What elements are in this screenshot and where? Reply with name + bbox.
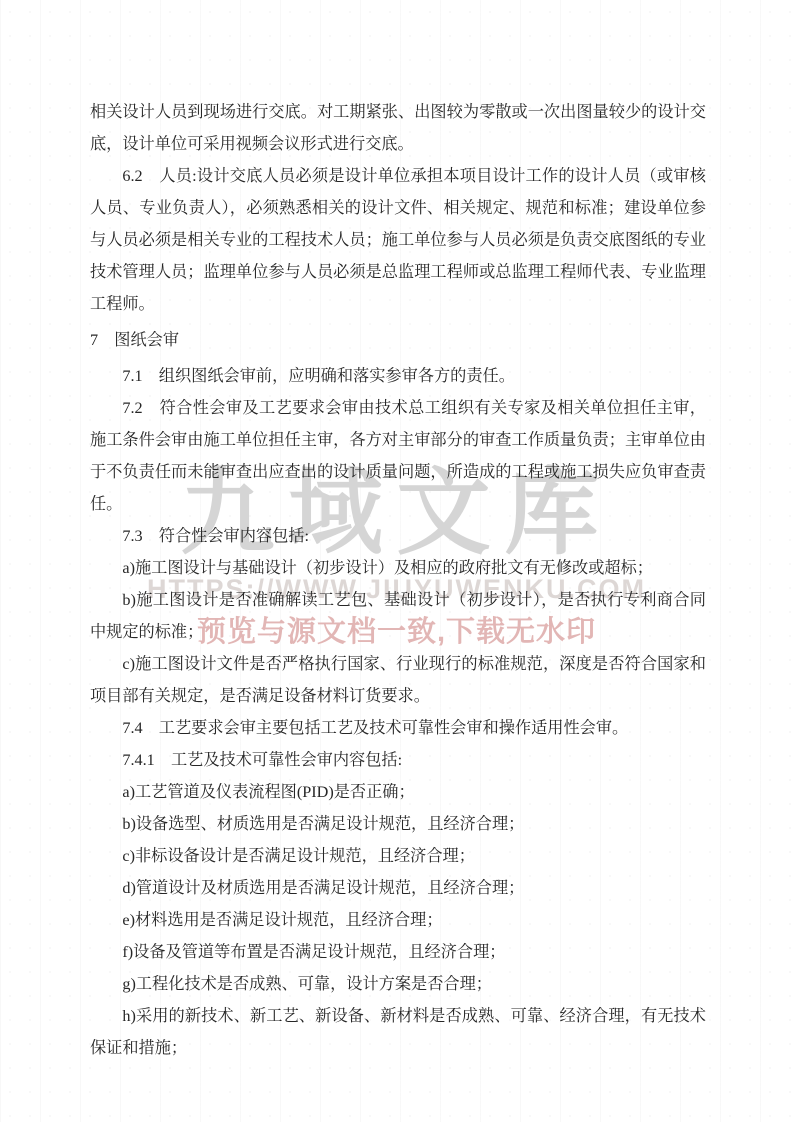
heading-7: 7 图纸会审 [90, 324, 706, 356]
item-7-4-1-h: h)采用的新技术、新工艺、新设备、新材料是否成熟、可靠、经济合理，有无技术保证和… [90, 1000, 706, 1064]
para-7-4: 7.4 工艺要求会审主要包括工艺及技术可靠性会审和操作适用性会审。 [90, 712, 706, 744]
item-7-3-b: b)施工图设计是否准确解读工艺包、基础设计（初步设计），是否执行专利商合同中规定… [90, 584, 706, 648]
para-7-1: 7.1 组织图纸会审前，应明确和落实参审各方的责任。 [90, 360, 706, 392]
para-7-2: 7.2 符合性会审及工艺要求会审由技术总工组织有关专家及相关单位担任主审，施工条… [90, 392, 706, 520]
item-7-4-1-c: c)非标设备设计是否满足设计规范，且经济合理； [90, 840, 706, 872]
document-body: 相关设计人员到现场进行交底。对工期紧张、出图较为零散或一次出图量较少的设计交底，… [90, 96, 706, 1064]
item-7-4-1-d: d)管道设计及材质选用是否满足设计规范，且经济合理； [90, 872, 706, 904]
para-6-2: 6.2 人员:设计交底人员必须是设计单位承担本项目设计工作的设计人员（或审核人员… [90, 160, 706, 320]
para-7-4-1: 7.4.1 工艺及技术可靠性会审内容包括: [90, 744, 706, 776]
item-7-3-c: c)施工图设计文件是否严格执行国家、行业现行的标准规范，深度是否符合国家和项目部… [90, 648, 706, 712]
para-7-3: 7.3 符合性会审内容包括: [90, 520, 706, 552]
item-7-4-1-e: e)材料选用是否满足设计规范，且经济合理； [90, 904, 706, 936]
para-6-1-continuation: 相关设计人员到现场进行交底。对工期紧张、出图较为零散或一次出图量较少的设计交底，… [90, 96, 706, 160]
item-7-4-1-f: f)设备及管道等布置是否满足设计规范，且经济合理； [90, 936, 706, 968]
item-7-4-1-g: g)工程化技术是否成熟、可靠，设计方案是否合理； [90, 968, 706, 1000]
document-page: 九域文库 HTTPS://WWW.JIUYUWENKU.COM 预览与源文档一致… [0, 0, 793, 1122]
item-7-4-1-b: b)设备选型、材质选用是否满足设计规范，且经济合理； [90, 808, 706, 840]
item-7-3-a: a)施工图设计与基础设计（初步设计）及相应的政府批文有无修改或超标； [90, 552, 706, 584]
item-7-4-1-a: a)工艺管道及仪表流程图(PID)是否正确； [90, 776, 706, 808]
